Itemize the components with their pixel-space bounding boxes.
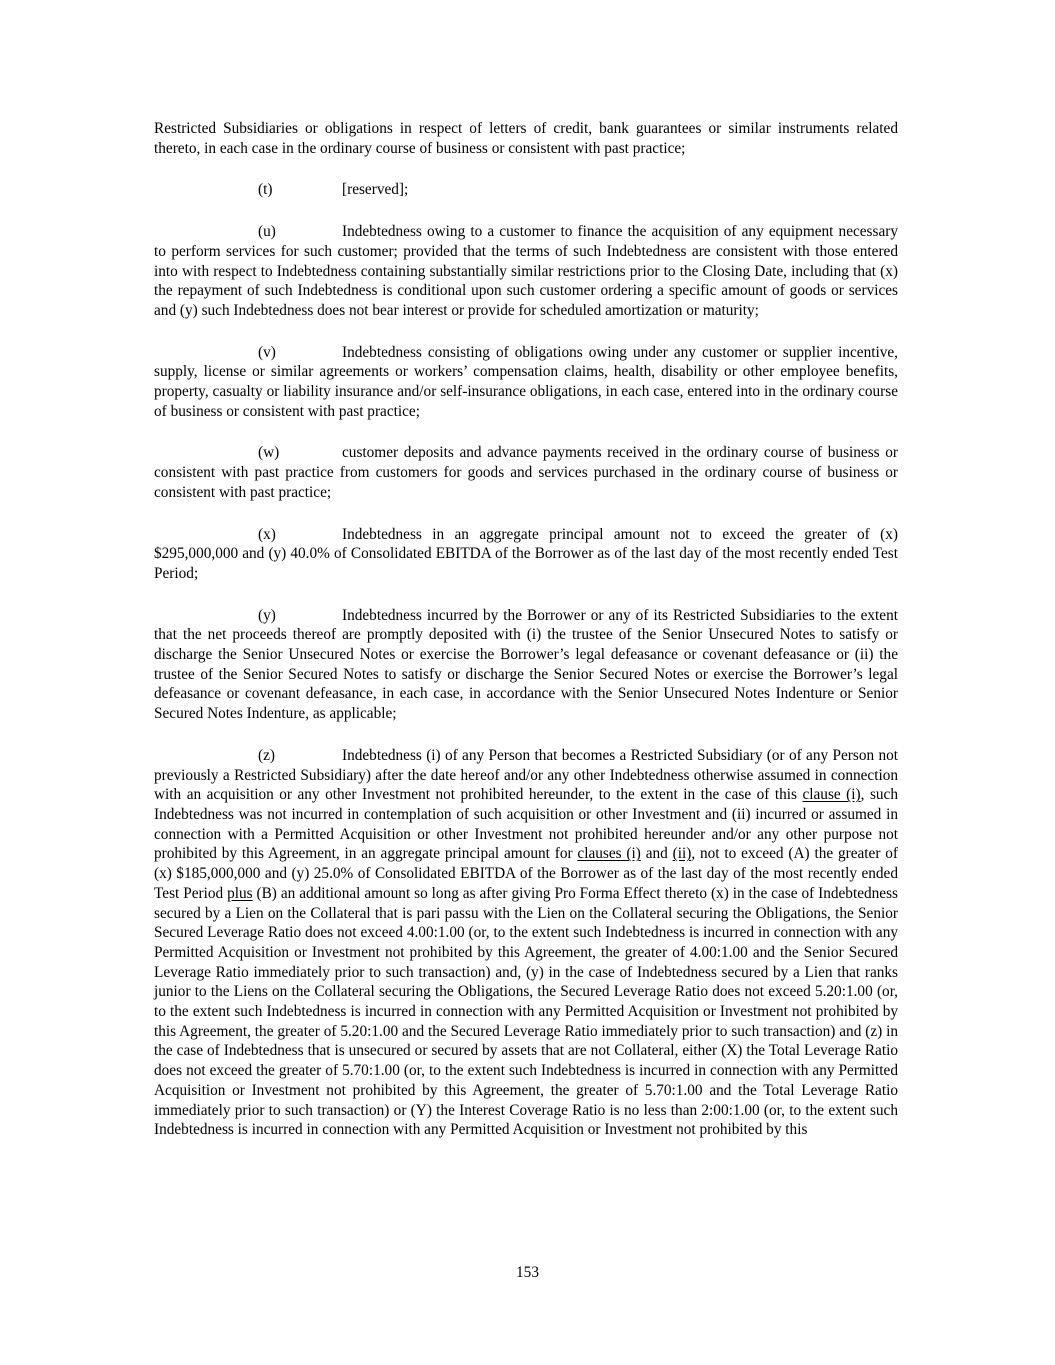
underlined-text: plus [227, 885, 253, 902]
clause-label: (v) [258, 343, 342, 363]
text-run: [reserved]; [342, 181, 408, 198]
clause-label: (z) [258, 746, 342, 766]
clause-label: (w) [258, 443, 342, 463]
clause-paragraph: (z)Indebtedness (i) of any Person that b… [154, 746, 898, 1140]
page-footer: 153 [0, 1263, 1055, 1283]
text-run: (B) an additional amount so long as afte… [154, 885, 898, 1138]
underlined-text: clauses (i) [577, 845, 640, 862]
document-page: Restricted Subsidiaries or obligations i… [0, 0, 1055, 1365]
clause-paragraph: (v)Indebtedness consisting of obligation… [154, 343, 898, 422]
page-number: 153 [516, 1264, 539, 1281]
clause-label: (u) [258, 222, 342, 242]
text-run: and [641, 845, 673, 862]
underlined-text: clause (i) [802, 786, 860, 803]
underlined-text: (ii) [673, 845, 692, 862]
text-run: Restricted Subsidiaries or obligations i… [154, 120, 898, 157]
clause-label: (t) [258, 180, 342, 200]
clause-paragraph: (t)[reserved]; [154, 180, 898, 200]
clause-paragraph: (w)customer deposits and advance payment… [154, 443, 898, 502]
clause-paragraph: (u)Indebtedness owing to a customer to f… [154, 222, 898, 321]
document-body: Restricted Subsidiaries or obligations i… [154, 119, 898, 1162]
clause-label: (x) [258, 525, 342, 545]
clause-label: (y) [258, 606, 342, 626]
clause-paragraph: (x)Indebtedness in an aggregate principa… [154, 525, 898, 584]
clause-paragraph: (y)Indebtedness incurred by the Borrower… [154, 606, 898, 724]
paragraph: Restricted Subsidiaries or obligations i… [154, 119, 898, 158]
